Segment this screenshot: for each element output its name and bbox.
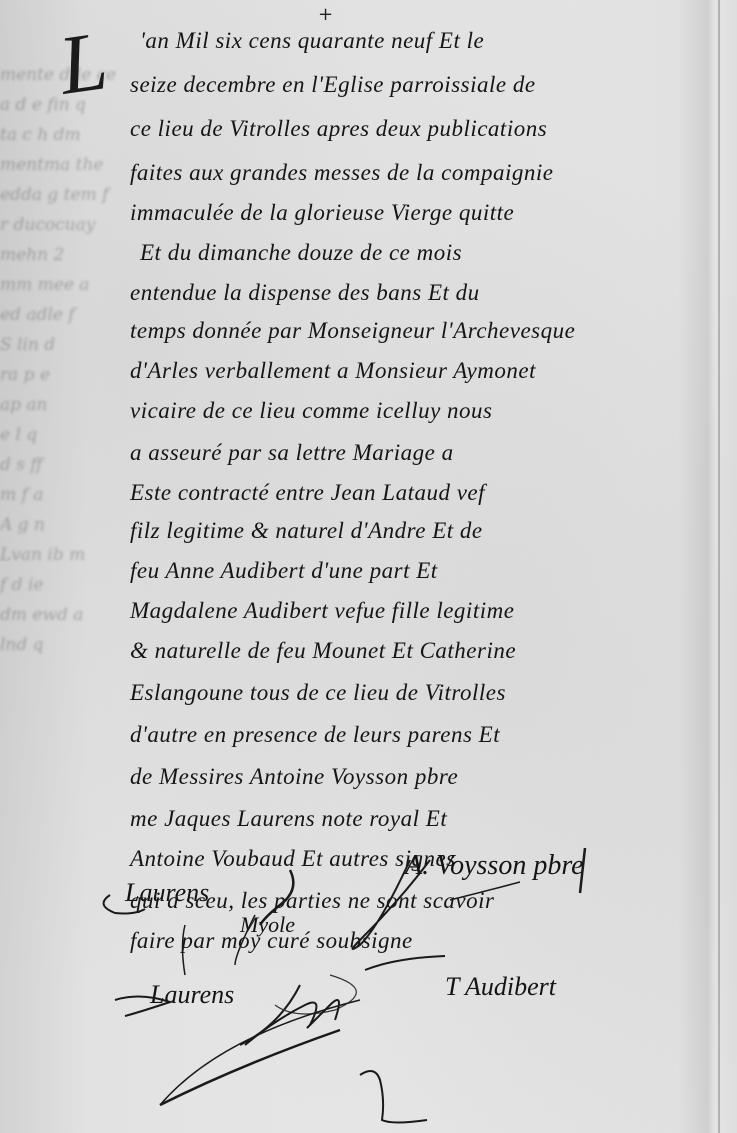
signature-flourishes bbox=[0, 0, 737, 1133]
register-page: mente d le ce a d e fin q ta c h dm ment… bbox=[0, 0, 737, 1133]
